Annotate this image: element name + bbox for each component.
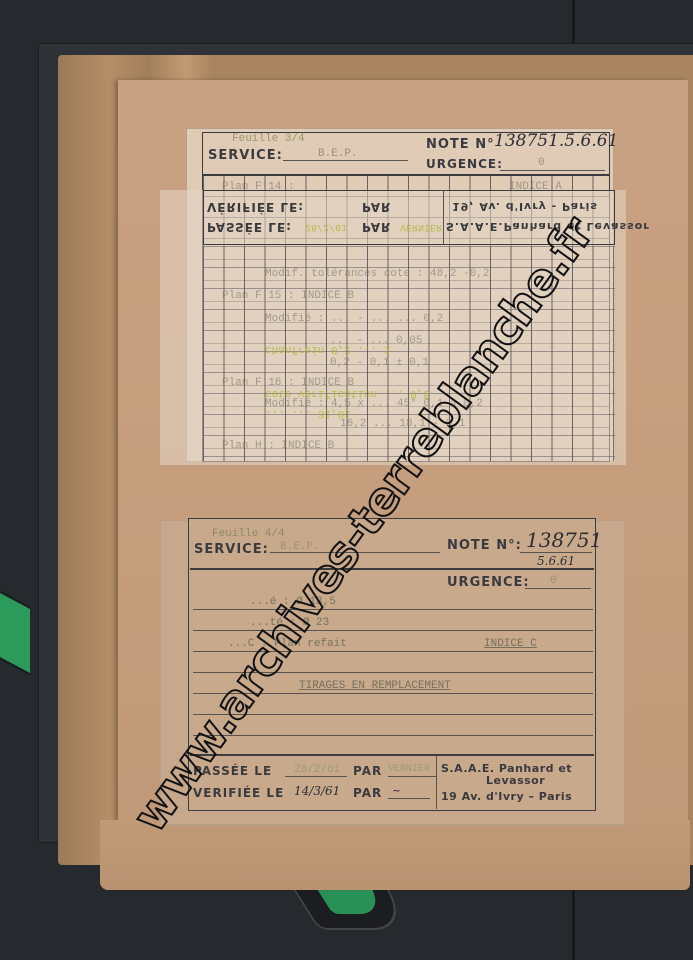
company-line-3: 19 Av. d'Ivry – Paris (441, 790, 572, 803)
mirrored-verifiee-label: VÉRIFIÉE LE: (207, 200, 304, 214)
top-line-2: Plan F 15 : INDICE B (222, 290, 354, 302)
bottom-indice: INDICE C (484, 638, 537, 650)
mirrored-passee-label: PASSÉE LE: (207, 220, 292, 234)
bottom-rule-1 (193, 609, 593, 610)
passee-underline (285, 776, 347, 777)
top-service-value: B.E.P. (318, 148, 358, 160)
mirrored-footer-divider (443, 190, 444, 245)
green-folder-tab-left (0, 574, 30, 676)
bottom-urgence-value: 0 (550, 575, 557, 587)
top-line-5: 0,2 - 0,1 ± 0,1 (330, 357, 429, 369)
mirrored-par-label-2: PAR (362, 220, 391, 234)
top-note-label: NOTE N° (426, 137, 495, 152)
top-line-1: Modif. tolérances cote : 48,2 -0,2 (265, 268, 489, 280)
par-value-1: VERNIER (388, 764, 430, 775)
bottom-rule-7 (193, 735, 593, 736)
top-sheet-number: Feuille 3/4 (232, 133, 305, 145)
bottom-header-divider (190, 568, 594, 570)
mirrored-company-address: 19, Av. d'Ivry - Paris (452, 200, 598, 213)
bottom-note-date: 5.6.61 (537, 554, 575, 568)
par-value-2-signature: ~ (392, 784, 401, 797)
bottom-urgence-label: URGENCE: (447, 575, 530, 590)
par-label-2: PAR (353, 786, 382, 800)
mirrored-par-label-1: PAR (362, 200, 391, 214)
bottom-urgence-underline (525, 588, 591, 589)
bottom-note-value: 138751 (526, 528, 602, 552)
bottom-sheet-number: Feuille 4/4 (212, 528, 285, 540)
passee-value: 28/2/61 (294, 764, 340, 776)
bottom-note-underline (520, 552, 592, 553)
bottom-note-label: NOTE N°: (447, 538, 522, 553)
mirrored-passee-value: 28/2/61 (305, 221, 347, 232)
bottom-service-label: SERVICE: (194, 542, 269, 557)
top-urgence-value: 0 (538, 157, 545, 169)
mirrored-par-value: VERNIER (400, 221, 442, 232)
company-line-2: Levassor (486, 774, 545, 787)
top-urgence-underline (500, 170, 605, 171)
bottom-tirages-line: TIRAGES EN REMPLACEMENT (299, 680, 451, 692)
top-line-9: Plan H : INDICE B (222, 440, 334, 452)
par-underline-2 (388, 798, 430, 799)
top-yellow-line-2: cote vérification ... 0,5 (265, 387, 430, 399)
top-yellow-line-1: chanfrein 0,2 ... 1 (265, 343, 390, 355)
verifiee-value: 14/3/61 (294, 784, 340, 798)
verifiee-label: VERIFIÉE LE (193, 786, 284, 800)
bottom-footer-divider (190, 754, 594, 756)
top-yellow-line-3: ... ... 31,01 (265, 407, 351, 419)
bottom-footer-vdivider (436, 755, 437, 809)
top-note-value: 138751.5.6.61 (494, 131, 618, 151)
top-line-3: Modifié : ... - ... ... 0,2 (265, 313, 443, 325)
top-urgence-label: URGENCE: (426, 157, 503, 171)
top-service-label: SERVICE: (208, 148, 283, 163)
par-label-1: PAR (353, 764, 382, 778)
page-bottom-fold (100, 820, 690, 890)
par-underline-1 (388, 776, 436, 777)
top-service-underline (283, 160, 408, 161)
